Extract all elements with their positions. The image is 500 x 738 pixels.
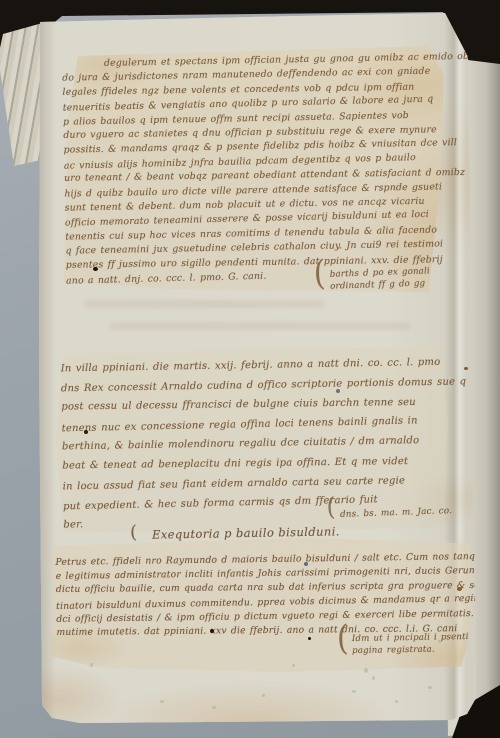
mold-speck <box>372 676 375 680</box>
chancery-note-entry-1: ( barths d po ex gonali ordinandt ff g d… <box>330 266 431 292</box>
ink-blot <box>308 637 311 640</box>
ink-blot <box>93 267 98 271</box>
mold-speck <box>352 690 356 693</box>
bracket-mark: ( <box>337 632 349 645</box>
ink-blot <box>304 562 308 566</box>
mold-speck <box>160 700 164 703</box>
bracket-mark: ( <box>314 267 326 281</box>
manuscript-photograph: degulerum et spectans ipm offician justa… <box>0 0 500 738</box>
mold-speck <box>395 700 398 703</box>
chancery-note-entry-3: ( Idm ut i pncipali i psenti pagina regi… <box>352 632 469 657</box>
entry-1-text-block: degulerum et spectans ipm offician justa… <box>62 50 446 288</box>
mold-speck <box>292 664 295 667</box>
ink-blot <box>336 389 340 393</box>
ink-show-through <box>110 322 410 330</box>
mold-speck <box>438 640 441 643</box>
chancery-note-line: Idm ut i pncipali i psenti <box>352 632 469 646</box>
ink-show-through <box>84 300 324 308</box>
bracket-mark: ( <box>327 501 336 515</box>
mold-speck <box>428 686 432 689</box>
ink-blot <box>84 430 88 434</box>
mold-speck <box>90 663 93 667</box>
chancery-note-line: pagina registrata. <box>352 643 469 657</box>
mold-speck <box>262 694 265 697</box>
ink-blot <box>210 629 214 633</box>
mold-speck <box>212 706 216 709</box>
ink-blot <box>464 367 468 370</box>
mold-speck <box>364 668 368 673</box>
entry-3-text-block: Petrus etc. ffideli nro Raymundo d maior… <box>55 550 472 641</box>
manuscript-page: degulerum et spectans ipm offician justa… <box>0 0 500 738</box>
bracket-mark: ( <box>130 522 138 543</box>
ink-blot <box>457 587 462 591</box>
